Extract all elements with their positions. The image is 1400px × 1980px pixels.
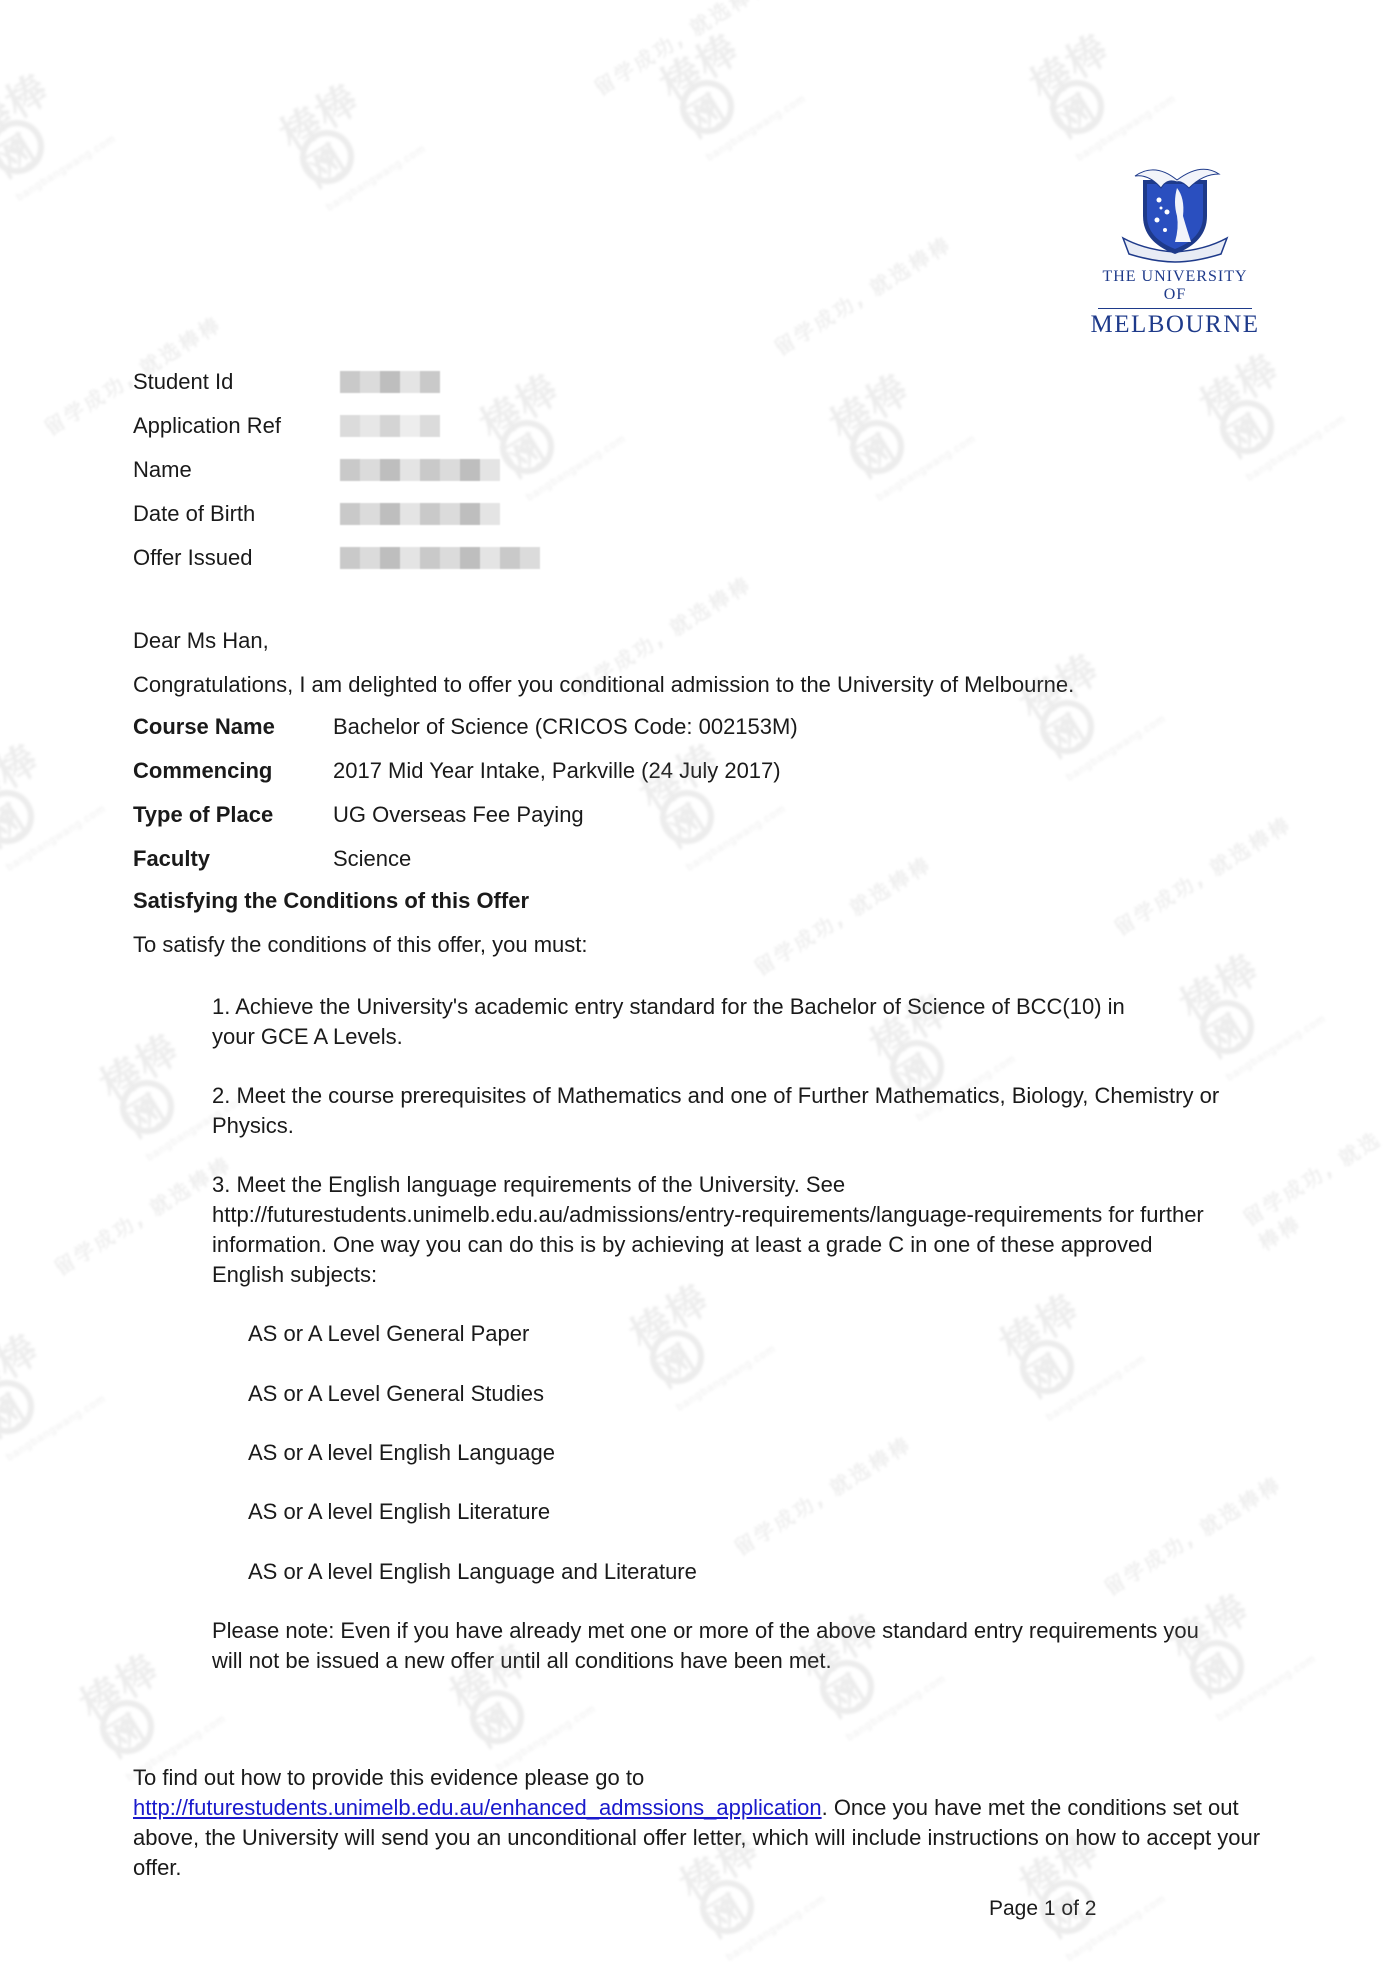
detail-type-of-place: Type of Place UG Overseas Fee Paying (133, 802, 584, 828)
info-label: Date of Birth (133, 501, 340, 527)
watermark: 棒棒网bangbangwang.com (670, 70, 744, 144)
watermark-logo-icon (0, 110, 54, 184)
evidence-prefix: To find out how to provide this evidence… (133, 1765, 644, 1790)
watermark-logo-icon (1190, 990, 1264, 1064)
info-label: Offer Issued (133, 545, 340, 571)
watermark-logo-icon (1210, 390, 1284, 464)
watermark: 棒棒网bangbangwang.com (1210, 390, 1284, 464)
watermark: 棒棒网bangbangwang.com (1190, 990, 1264, 1064)
english-subject-item: AS or A level English Literature (248, 1499, 550, 1525)
info-row-offer-issued: Offer Issued (133, 536, 540, 580)
watermark-slogan: 留学成功, 就选棒棒 (1237, 1122, 1400, 1256)
detail-label: Type of Place (133, 802, 333, 828)
detail-commencing: Commencing 2017 Mid Year Intake, Parkvil… (133, 758, 781, 784)
offer-letter-page: THE UNIVERSITY OF MELBOURNE Student Id A… (0, 0, 1400, 1980)
watermark-slogan: 留学成功, 就选棒棒 (48, 1148, 237, 1281)
detail-label: Commencing (133, 758, 333, 784)
conditions-heading: Satisfying the Conditions of this Offer (133, 886, 529, 916)
salutation: Dear Ms Han, (133, 626, 269, 656)
watermark-logo-icon (1040, 70, 1114, 144)
detail-value: Science (333, 846, 411, 872)
watermark: 棒棒网bangbangwang.com (110, 1070, 184, 1144)
condition-item-3: 3. Meet the English language requirement… (212, 1170, 1212, 1290)
watermark-slogan: 留学成功, 就选棒棒 (588, 0, 777, 101)
detail-label: Faculty (133, 846, 333, 872)
applicant-info: Student Id Application Ref Name Date of … (133, 360, 540, 580)
conditions-intro: To satisfy the conditions of this offer,… (133, 930, 588, 960)
watermark: 棒棒网bangbangwang.com (0, 1370, 44, 1444)
watermark-logo-icon (670, 70, 744, 144)
watermark-logo-icon (650, 780, 724, 854)
detail-label: Course Name (133, 714, 333, 740)
english-subject-item: AS or A level English Language and Liter… (248, 1559, 697, 1585)
watermark-logo-icon (0, 1370, 44, 1444)
watermark-slogan: 留学成功, 就选棒棒 (768, 228, 957, 361)
detail-value: 2017 Mid Year Intake, Parkville (24 July… (333, 758, 781, 784)
english-subject-item: AS or A level English Language (248, 1440, 555, 1466)
watermark: 棒棒网bangbangwang.com (0, 780, 44, 854)
watermark: 棒棒网bangbangwang.com (460, 1680, 534, 1754)
info-label: Application Ref (133, 413, 340, 439)
watermark: 棒棒网bangbangwang.com (1040, 70, 1114, 144)
redacted-value (340, 371, 440, 393)
redacted-value (340, 503, 500, 525)
condition-item-2: 2. Meet the course prerequisites of Math… (212, 1081, 1272, 1141)
logo-line-1: THE UNIVERSITY OF (1098, 268, 1252, 309)
watermark-slogan: 留学成功, 就选棒棒 (748, 848, 937, 981)
watermark-slogan: 留学成功, 就选棒棒 (1108, 808, 1297, 941)
detail-course-name: Course Name Bachelor of Science (CRICOS … (133, 714, 798, 740)
info-row-date-of-birth: Date of Birth (133, 492, 540, 536)
info-row-name: Name (133, 448, 540, 492)
watermark: 棒棒网bangbangwang.com (640, 1320, 714, 1394)
watermark-logo-icon (640, 1320, 714, 1394)
enhanced-admissions-link[interactable]: http://futurestudents.unimelb.edu.au/enh… (133, 1795, 822, 1820)
watermark: 棒棒网bangbangwang.com (1010, 1330, 1084, 1404)
redacted-value (340, 547, 540, 569)
logo-line-2: MELBOURNE (1090, 311, 1260, 339)
watermark-logo-icon (460, 1680, 534, 1754)
watermark: 棒棒网bangbangwang.com (90, 1690, 164, 1764)
watermark-logo-icon (1030, 690, 1104, 764)
watermark-slogan: 留学成功, 就选棒棒 (728, 1428, 917, 1561)
english-subject-item: AS or A Level General Studies (248, 1381, 544, 1407)
condition-item-1: 1. Achieve the University's academic ent… (212, 992, 1172, 1052)
watermark-logo-icon (0, 780, 44, 854)
info-label: Name (133, 457, 340, 483)
info-row-student-id: Student Id (133, 360, 540, 404)
watermark-logo-icon (90, 1690, 164, 1764)
detail-faculty: Faculty Science (133, 846, 411, 872)
watermark-logo-icon (840, 410, 914, 484)
watermark-logo-icon (290, 120, 364, 194)
english-subject-item: AS or A Level General Paper (248, 1321, 529, 1347)
intro-paragraph: Congratulations, I am delighted to offer… (133, 670, 1074, 700)
watermark: 棒棒网bangbangwang.com (1030, 690, 1104, 764)
watermark-logo-icon (1010, 1330, 1084, 1404)
watermark-slogan: 留学成功, 就选棒棒 (1098, 1468, 1287, 1601)
watermark: 棒棒网bangbangwang.com (290, 120, 364, 194)
redacted-value (340, 415, 440, 437)
watermark: 棒棒网bangbangwang.com (650, 780, 724, 854)
info-label: Student Id (133, 369, 340, 395)
page-number: Page 1 of 2 (989, 1897, 1096, 1921)
university-crest-icon (1115, 158, 1235, 266)
detail-value: UG Overseas Fee Paying (333, 802, 584, 828)
watermark-logo-icon (110, 1070, 184, 1144)
watermark: 棒棒网bangbangwang.com (0, 110, 54, 184)
university-logo: THE UNIVERSITY OF MELBOURNE (1090, 158, 1260, 339)
info-row-application-ref: Application Ref (133, 404, 540, 448)
detail-value: Bachelor of Science (CRICOS Code: 002153… (333, 714, 798, 740)
evidence-paragraph: To find out how to provide this evidence… (133, 1763, 1283, 1883)
watermark: 棒棒网bangbangwang.com (840, 410, 914, 484)
please-note-paragraph: Please note: Even if you have already me… (212, 1616, 1202, 1676)
redacted-value (340, 459, 500, 481)
